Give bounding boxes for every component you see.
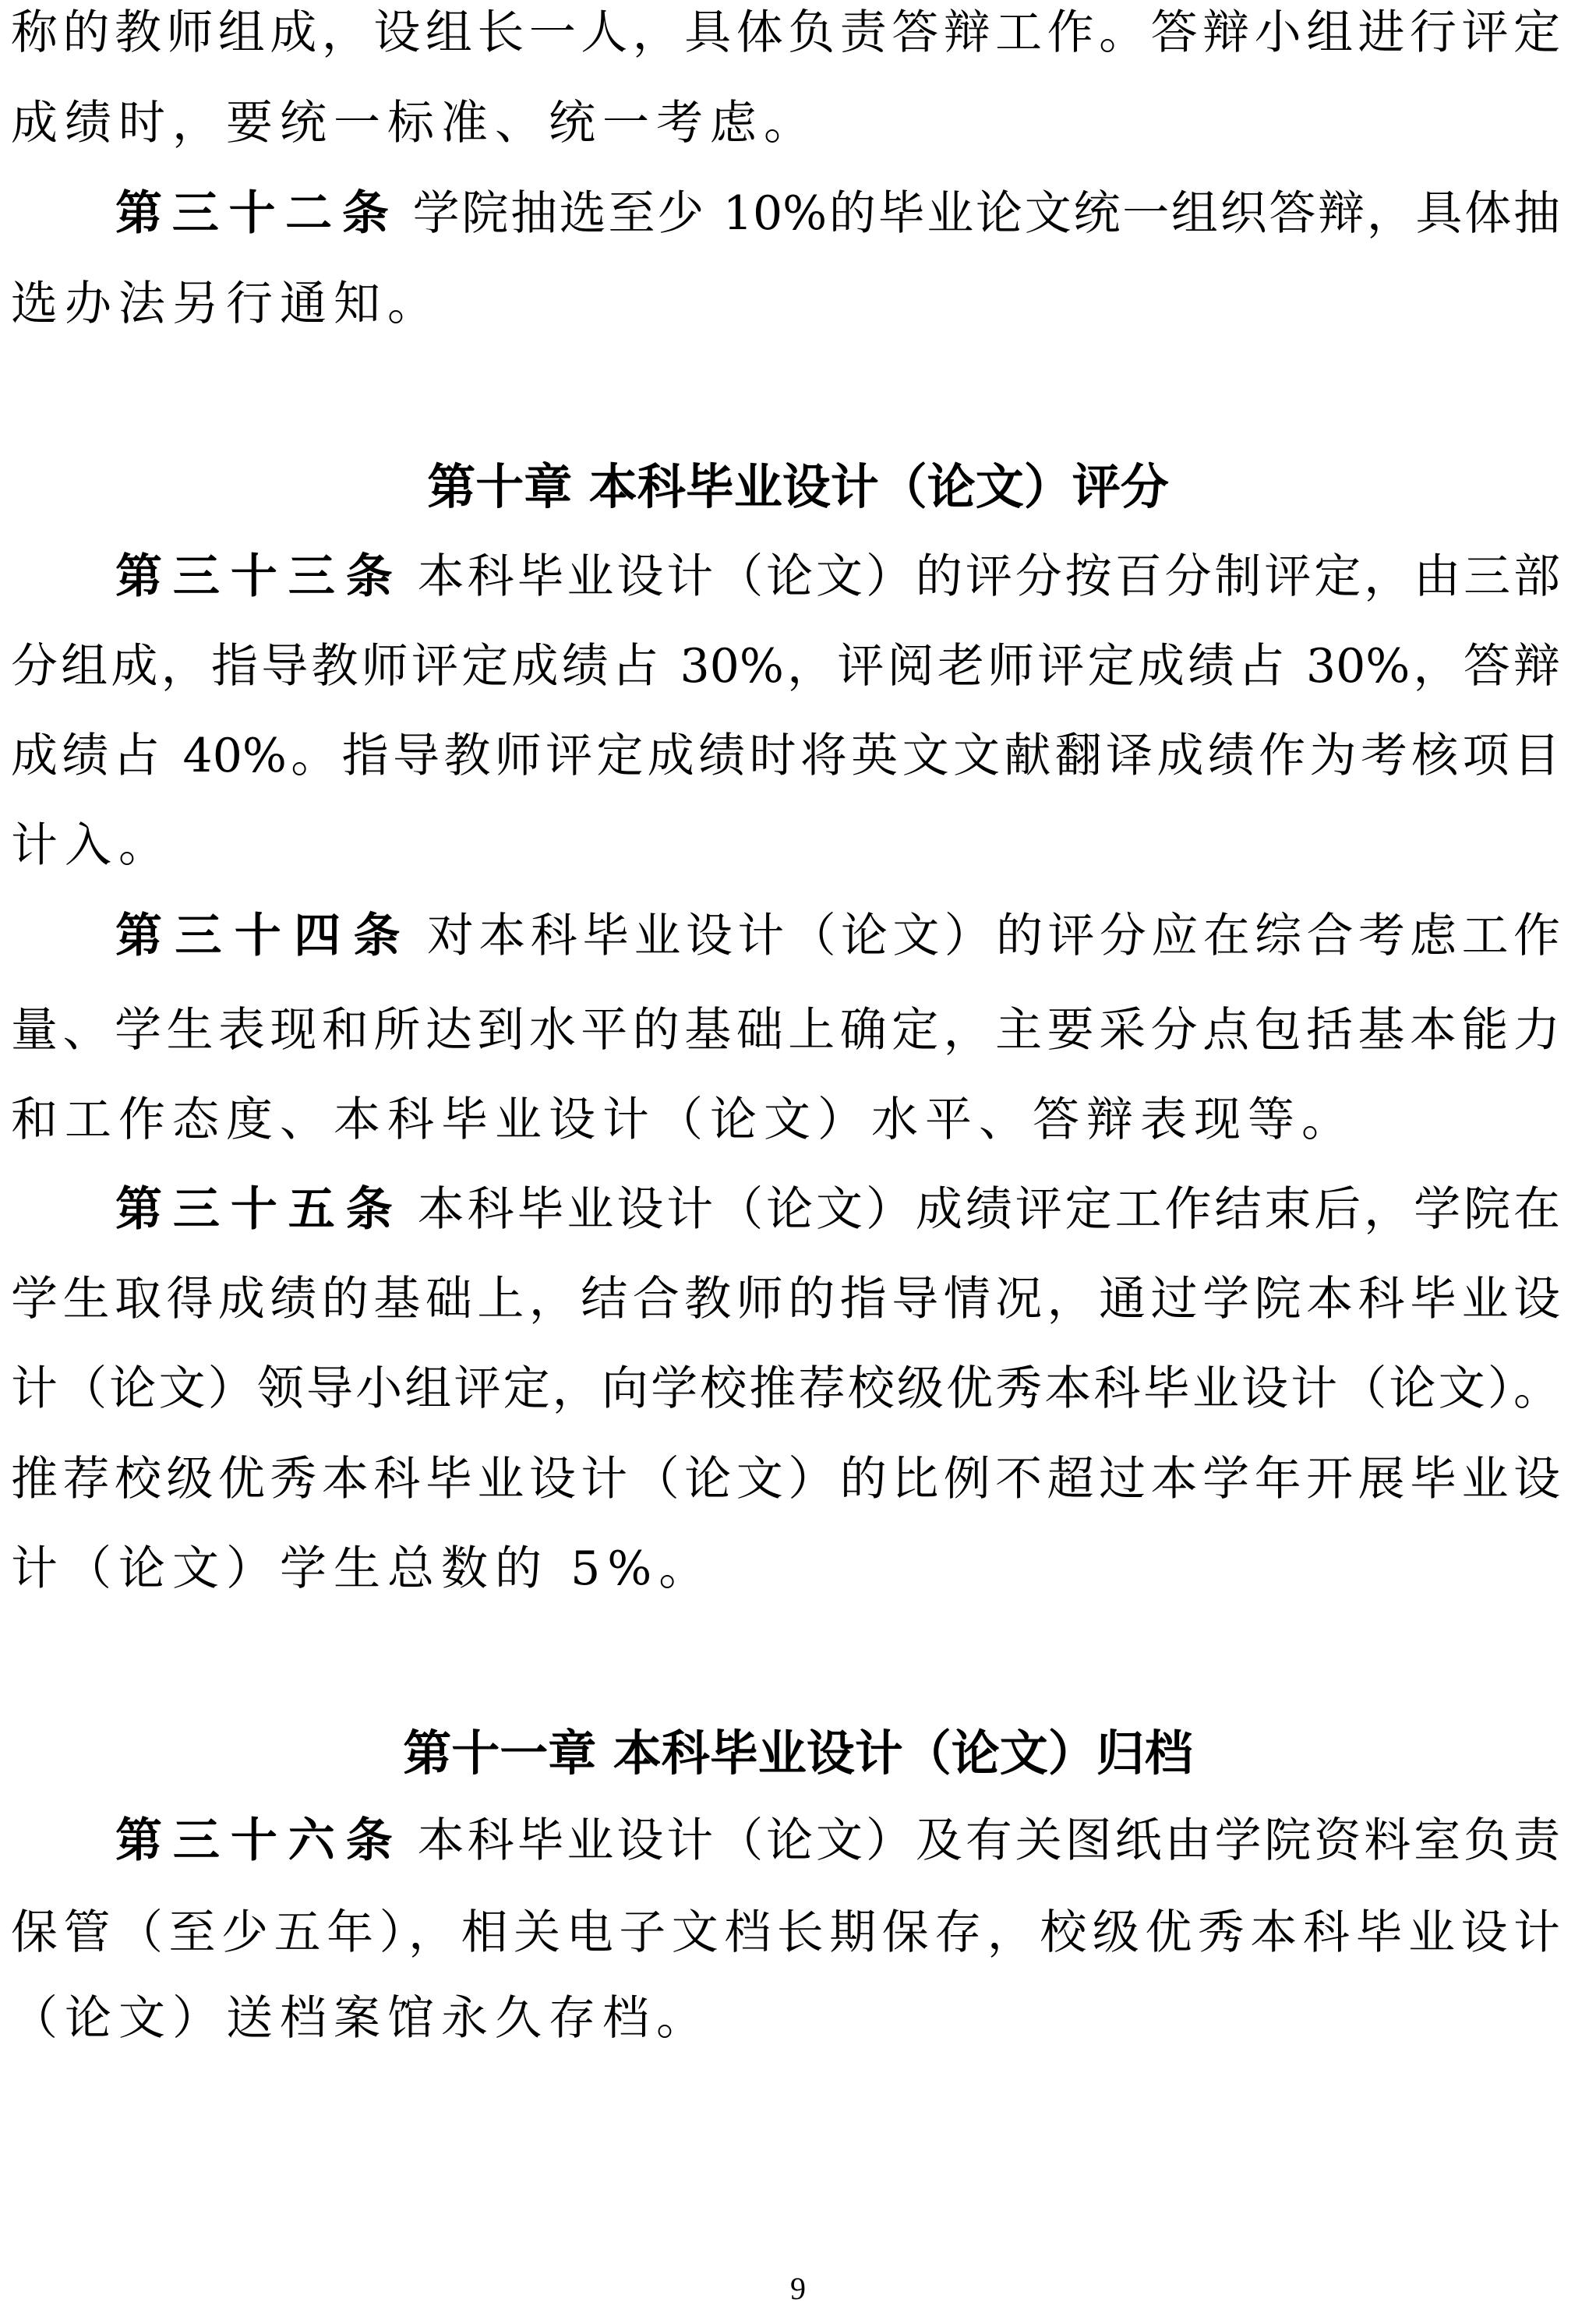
article-33-first-line: 第三十三条本科毕业设计（论文）的评分按百分制评定，由三部	[115, 549, 1560, 605]
page-number: 9	[0, 2269, 1596, 2308]
article-text: 本科毕业设计（论文）的评分按百分制评定，由三部	[418, 549, 1560, 604]
article-text: 对本科毕业设计（论文）的评分应在综合考虑工作	[427, 909, 1560, 963]
body-line: 选办法另行通知。	[11, 276, 1560, 332]
article-35-first-line: 第三十五条本科毕业设计（论文）成绩评定工作结束后，学院在	[115, 1181, 1560, 1238]
body-line: 成绩占 40%。指导教师评定成绩时将英文文献翻译成绩作为考核项目	[11, 728, 1560, 784]
article-text: 本科毕业设计（论文）成绩评定工作结束后，学院在	[418, 1182, 1560, 1237]
article-label: 第三十五条	[115, 1182, 404, 1237]
body-line: 成绩时，要统一标准、统一考虑。	[11, 95, 1560, 151]
body-line: 保管（至少五年），相关电子文档长期保存，校级优秀本科毕业设计	[11, 1905, 1560, 1961]
body-line: 计入。	[11, 817, 1560, 874]
article-label: 第三十四条	[115, 909, 413, 963]
chapter-heading: 第十章 本科毕业设计（论文）评分	[0, 456, 1596, 518]
body-line: 量、学生表现和所达到水平的基础上确定，主要采分点包括基本能力	[11, 1002, 1560, 1058]
article-label: 第三十六条	[115, 1813, 404, 1868]
article-text: 学院抽选至少 10%的毕业论文统一组织答辩，具体抽	[413, 186, 1560, 241]
article-32-first-line: 第三十二条学院抽选至少 10%的毕业论文统一组织答辩，具体抽	[115, 185, 1560, 242]
chapter-heading: 第十一章 本科毕业设计（论文）归档	[0, 1722, 1596, 1785]
body-line: 分组成，指导教师评定成绩占 30%，评阅老师评定成绩占 30%，答辩	[11, 638, 1560, 694]
article-label: 第三十二条	[115, 186, 399, 241]
body-line: 学生取得成绩的基础上，结合教师的指导情况，通过学院本科毕业设	[11, 1271, 1560, 1327]
body-line: 和工作态度、本科毕业设计（论文）水平、答辩表现等。	[11, 1092, 1560, 1148]
body-line: 计（论文）学生总数的 5%。	[11, 1541, 1560, 1597]
document-page: 称的教师组成，设组长一人，具体负责答辩工作。答辩小组进行评定 成绩时，要统一标准…	[0, 0, 1596, 2313]
article-36-first-line: 第三十六条本科毕业设计（论文）及有关图纸由学院资料室负责	[115, 1813, 1560, 1869]
body-line: 推荐校级优秀本科毕业设计（论文）的比例不超过本学年开展毕业设	[11, 1451, 1560, 1507]
article-34-first-line: 第三十四条对本科毕业设计（论文）的评分应在综合考虑工作	[115, 908, 1560, 964]
article-text: 本科毕业设计（论文）及有关图纸由学院资料室负责	[418, 1813, 1560, 1868]
body-line: 计（论文）领导小组评定，向学校推荐校级优秀本科毕业设计（论文）。	[11, 1361, 1560, 1417]
body-line: 称的教师组成，设组长一人，具体负责答辩工作。答辩小组进行评定	[11, 5, 1560, 61]
body-line: （论文）送档案馆永久存档。	[11, 1990, 1560, 2046]
article-label: 第三十三条	[115, 549, 404, 604]
